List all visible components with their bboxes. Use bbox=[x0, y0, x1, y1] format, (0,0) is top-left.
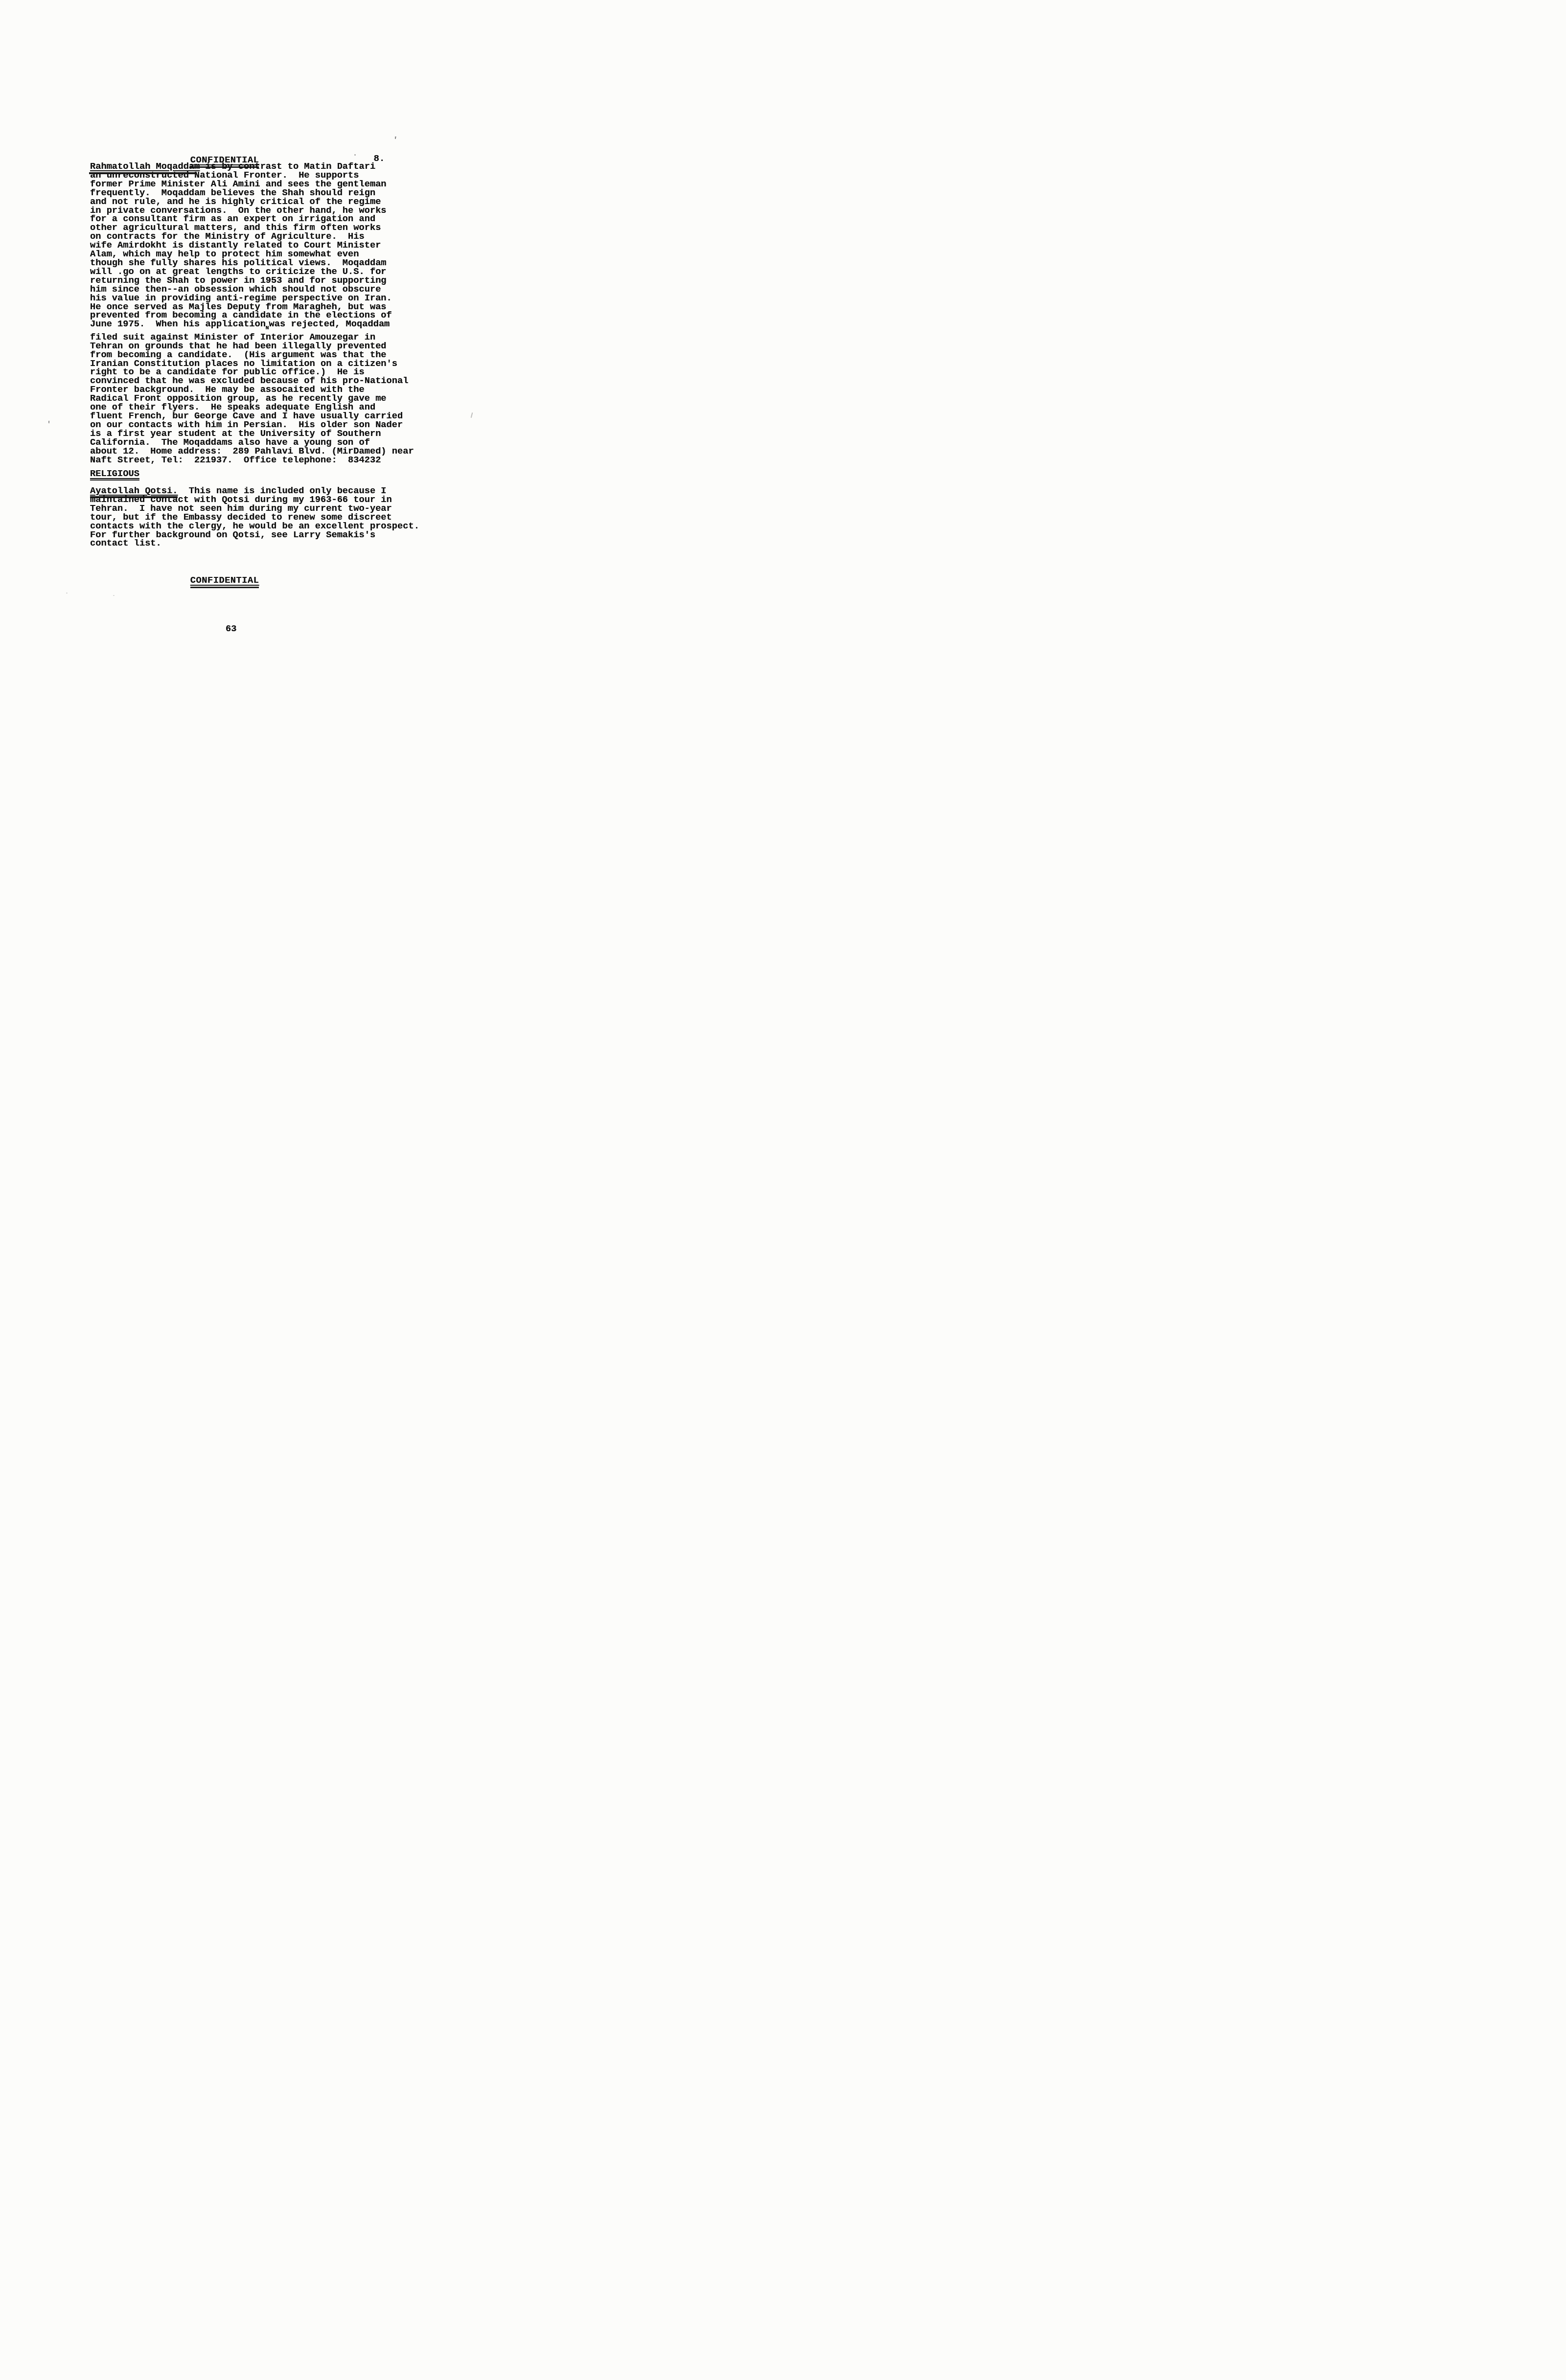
scan-artifact bbox=[113, 595, 115, 596]
heavy-underline-bar bbox=[89, 172, 196, 174]
scan-artifact bbox=[66, 593, 68, 594]
classification-footer: CONFIDENTIAL bbox=[167, 564, 259, 596]
scan-artifact: ' bbox=[47, 421, 51, 429]
classification-footer-label: CONFIDENTIAL bbox=[190, 575, 259, 588]
paragraph-moqaddam: Rahmatollah Moqaddam is by contrast to M… bbox=[90, 162, 414, 464]
scan-artifact: ' bbox=[392, 136, 398, 144]
religious-heading-label: RELIGIOUS bbox=[90, 468, 139, 481]
scan-artifact bbox=[471, 412, 473, 418]
document-page: CONFIDENTIAL 8. Rahmatollah Moqaddam is … bbox=[0, 0, 489, 744]
inserted-subscript-letter: N bbox=[266, 325, 269, 331]
text-line: contact list. bbox=[90, 539, 419, 548]
text-line: June 1975. When his applicationNwas reje… bbox=[90, 320, 414, 333]
paragraph-qotsi: Ayatollah Qotsi. This name is included o… bbox=[90, 487, 419, 548]
text-line: Naft Street, Tel: 221937. Office telepho… bbox=[90, 456, 414, 465]
ink-smudge bbox=[354, 154, 356, 156]
page-number-bottom: 63 bbox=[226, 623, 236, 634]
religious-heading: RELIGIOUS bbox=[90, 468, 139, 479]
